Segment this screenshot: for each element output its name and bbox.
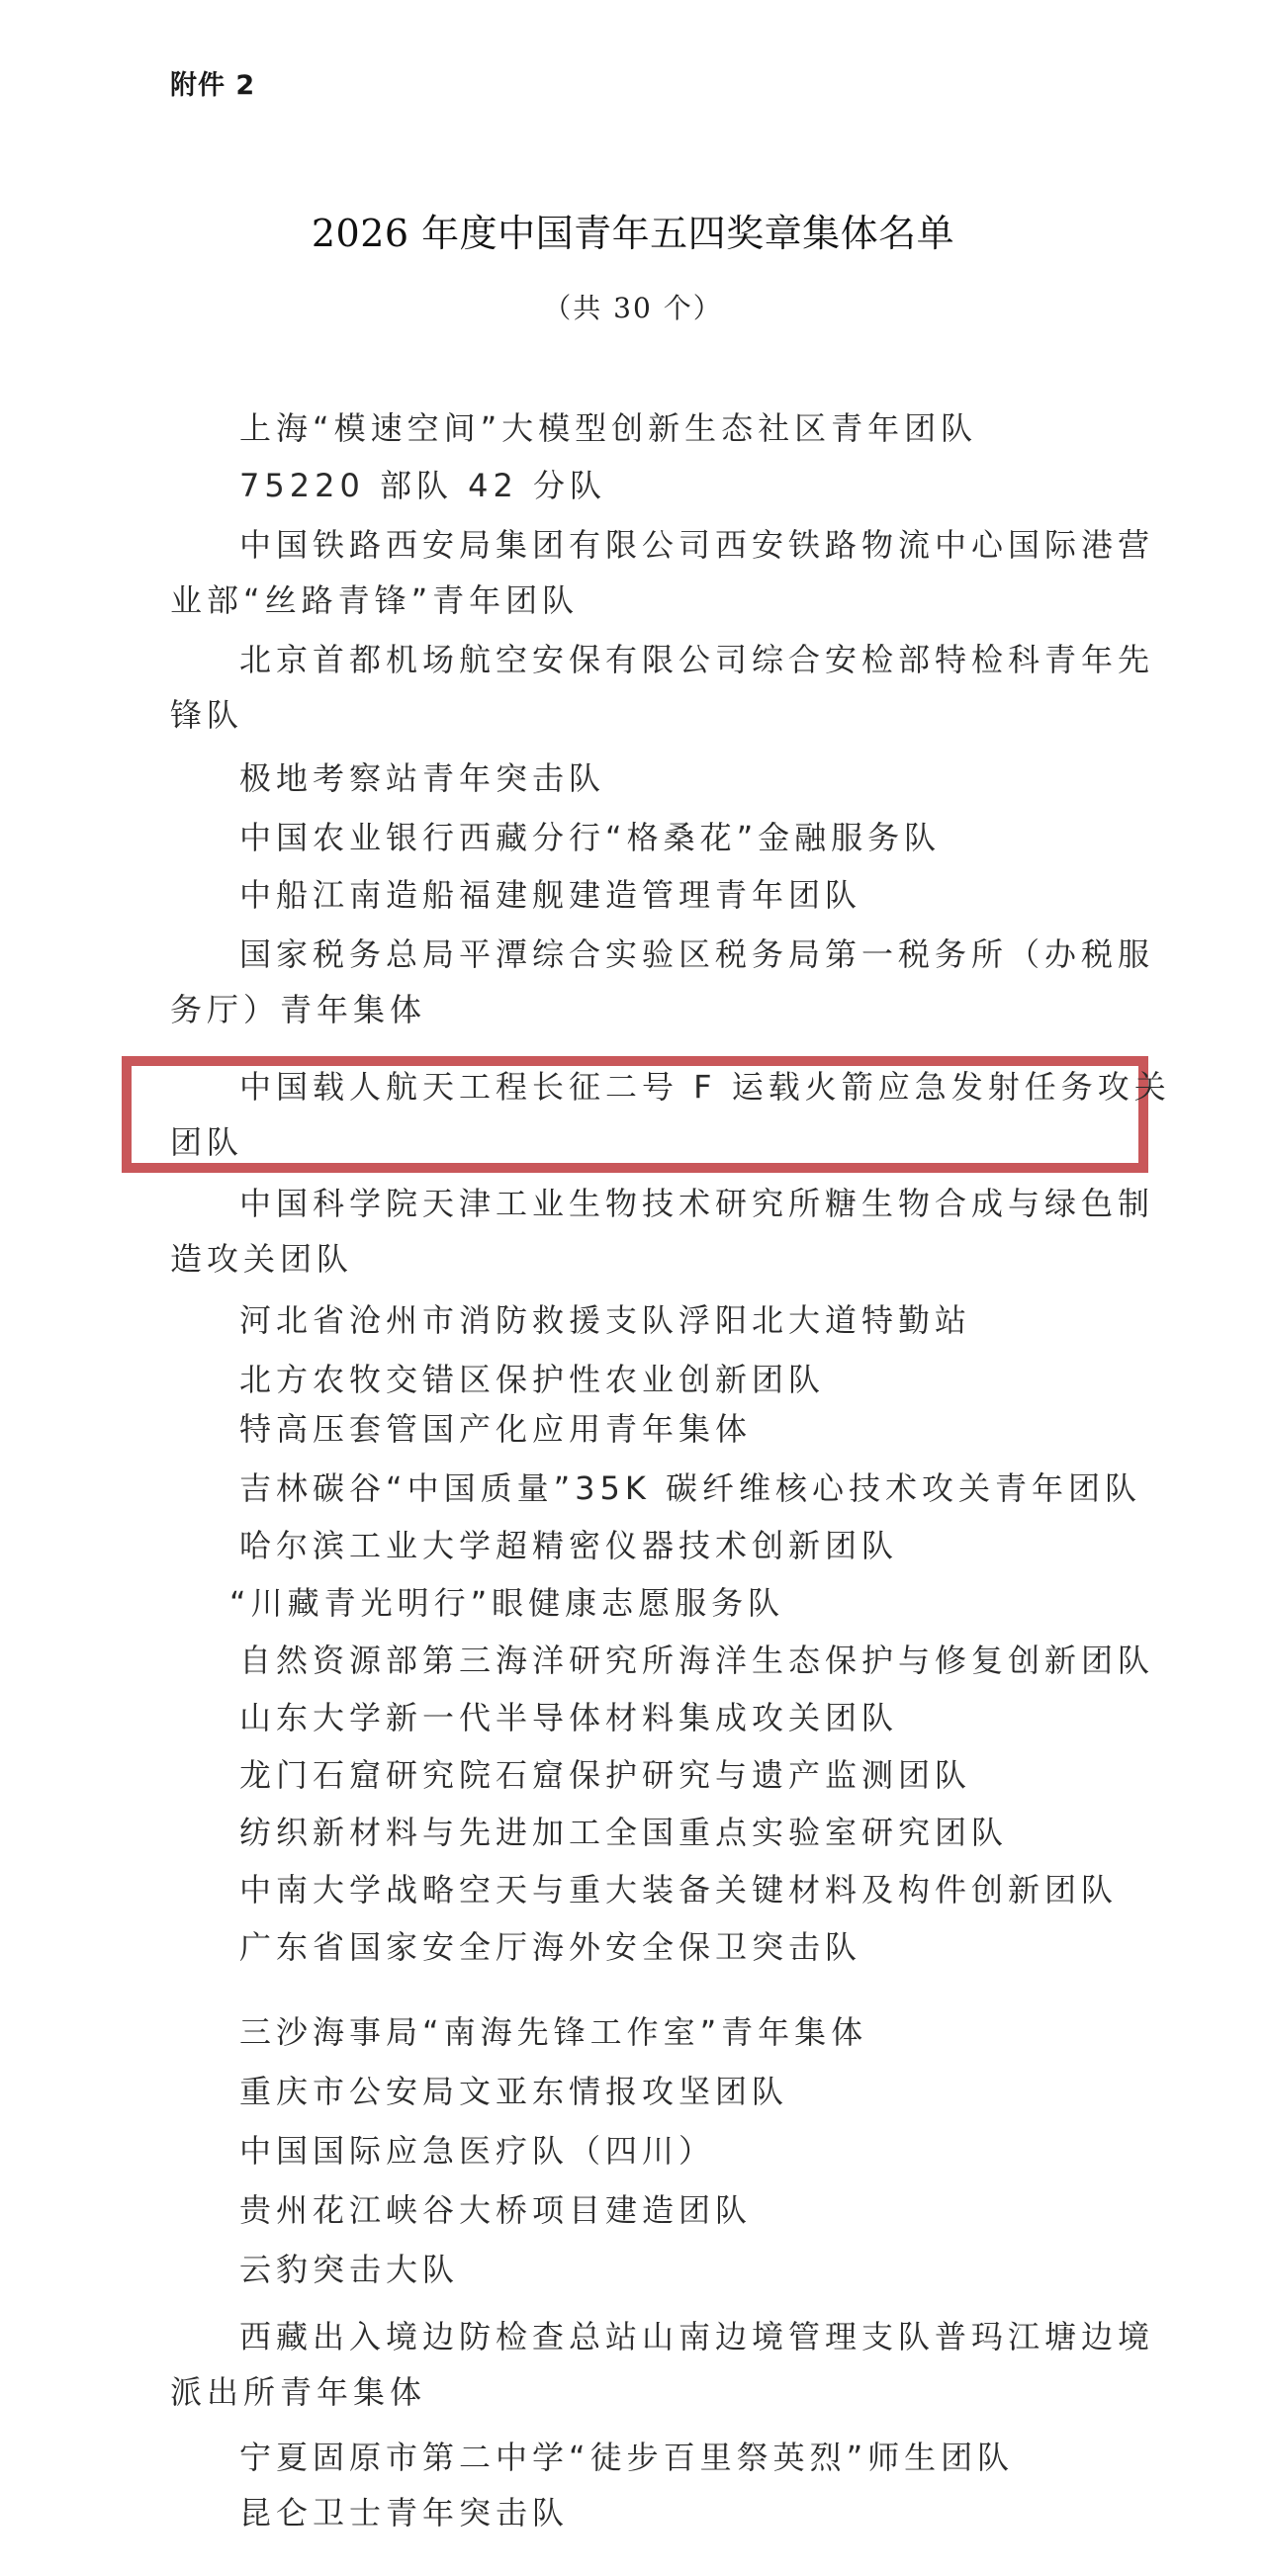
entry-line: 哈尔滨工业大学超精密仪器技术创新团队 bbox=[239, 1521, 898, 1566]
entry-line: 中国国际应急医疗队（四川） bbox=[239, 2126, 715, 2172]
entry-line-continued: 派出所青年集体 bbox=[170, 2367, 426, 2413]
entry-line-continued: 业部“丝路青锋”青年团队 bbox=[170, 576, 579, 621]
entry-line: 上海“模速空间”大模型创新生态社区青年团队 bbox=[239, 403, 977, 449]
entry-line: 昆仑卫士青年突击队 bbox=[239, 2488, 569, 2533]
entry-line: 中国载人航天工程长征二号 F 运载火箭应急发射任务攻关 bbox=[239, 1062, 1171, 1108]
entry-line: 75220 部队 42 分队 bbox=[239, 461, 606, 506]
entry-line: 贵州花江峡谷大桥项目建造团队 bbox=[239, 2185, 752, 2231]
entry-line: 中船江南造船福建舰建造管理青年团队 bbox=[239, 870, 861, 916]
entry-line: 自然资源部第三海洋研究所海洋生态保护与修复创新团队 bbox=[239, 1636, 1154, 1681]
entry-line: 中国农业银行西藏分行“格桑花”金融服务队 bbox=[239, 813, 941, 858]
entry-line: 龙门石窟研究院石窟保护研究与遗产监测团队 bbox=[239, 1750, 971, 1796]
entry-line: 特高压套管国产化应用青年集体 bbox=[239, 1404, 752, 1450]
entry-line: 中南大学战略空天与重大装备关键材料及构件创新团队 bbox=[239, 1865, 1118, 1910]
entry-line: 北方农牧交错区保护性农业创新团队 bbox=[239, 1355, 825, 1400]
entry-line: 纺织新材料与先进加工全国重点实验室研究团队 bbox=[239, 1808, 1008, 1853]
entry-line: 河北省沧州市消防救援支队浮阳北大道特勤站 bbox=[239, 1295, 971, 1341]
entry-line: 中国科学院天津工业生物技术研究所糖生物合成与绿色制 bbox=[239, 1179, 1154, 1224]
entry-line: 广东省国家安全厅海外安全保卫突击队 bbox=[239, 1922, 861, 1968]
entry-line: 三沙海事局“南海先锋工作室”青年集体 bbox=[239, 2007, 867, 2053]
entry-line: 国家税务总局平潭综合实验区税务局第一税务所（办税服 bbox=[239, 930, 1154, 975]
entry-line: 云豹突击大队 bbox=[239, 2245, 459, 2290]
entry-line: 山东大学新一代半导体材料集成攻关团队 bbox=[239, 1693, 898, 1738]
entry-line: 宁夏固原市第二中学“徒步百里祭英烈”师生团队 bbox=[239, 2433, 1014, 2478]
entry-line-continued: 务厅）青年集体 bbox=[170, 985, 426, 1030]
entry-line: 极地考察站青年突击队 bbox=[239, 754, 605, 799]
entry-line-continued: 造攻关团队 bbox=[170, 1234, 353, 1280]
attachment-label: 附件 2 bbox=[170, 63, 255, 102]
entry-line-continued: 锋队 bbox=[170, 690, 243, 736]
entry-line: “川藏青光明行”眼健康志愿服务队 bbox=[229, 1578, 784, 1624]
entry-line: 重庆市公安局文亚东情报攻坚团队 bbox=[239, 2067, 788, 2112]
entry-line: 西藏出入境边防检查总站山南边境管理支队普玛江塘边境 bbox=[239, 2312, 1154, 2357]
entry-line: 北京首都机场航空安保有限公司综合安检部特检科青年先 bbox=[239, 635, 1154, 680]
entry-line: 中国铁路西安局集团有限公司西安铁路物流中心国际港营 bbox=[239, 520, 1154, 566]
document-title: 2026 年度中国青年五四奖章集体名单 bbox=[0, 203, 1266, 257]
entry-line: 吉林碳谷“中国质量”35K 碳纤维核心技术攻关青年团队 bbox=[239, 1464, 1141, 1509]
document-subtitle: （共 30 个） bbox=[0, 287, 1266, 326]
entry-line-continued: 团队 bbox=[170, 1117, 243, 1163]
